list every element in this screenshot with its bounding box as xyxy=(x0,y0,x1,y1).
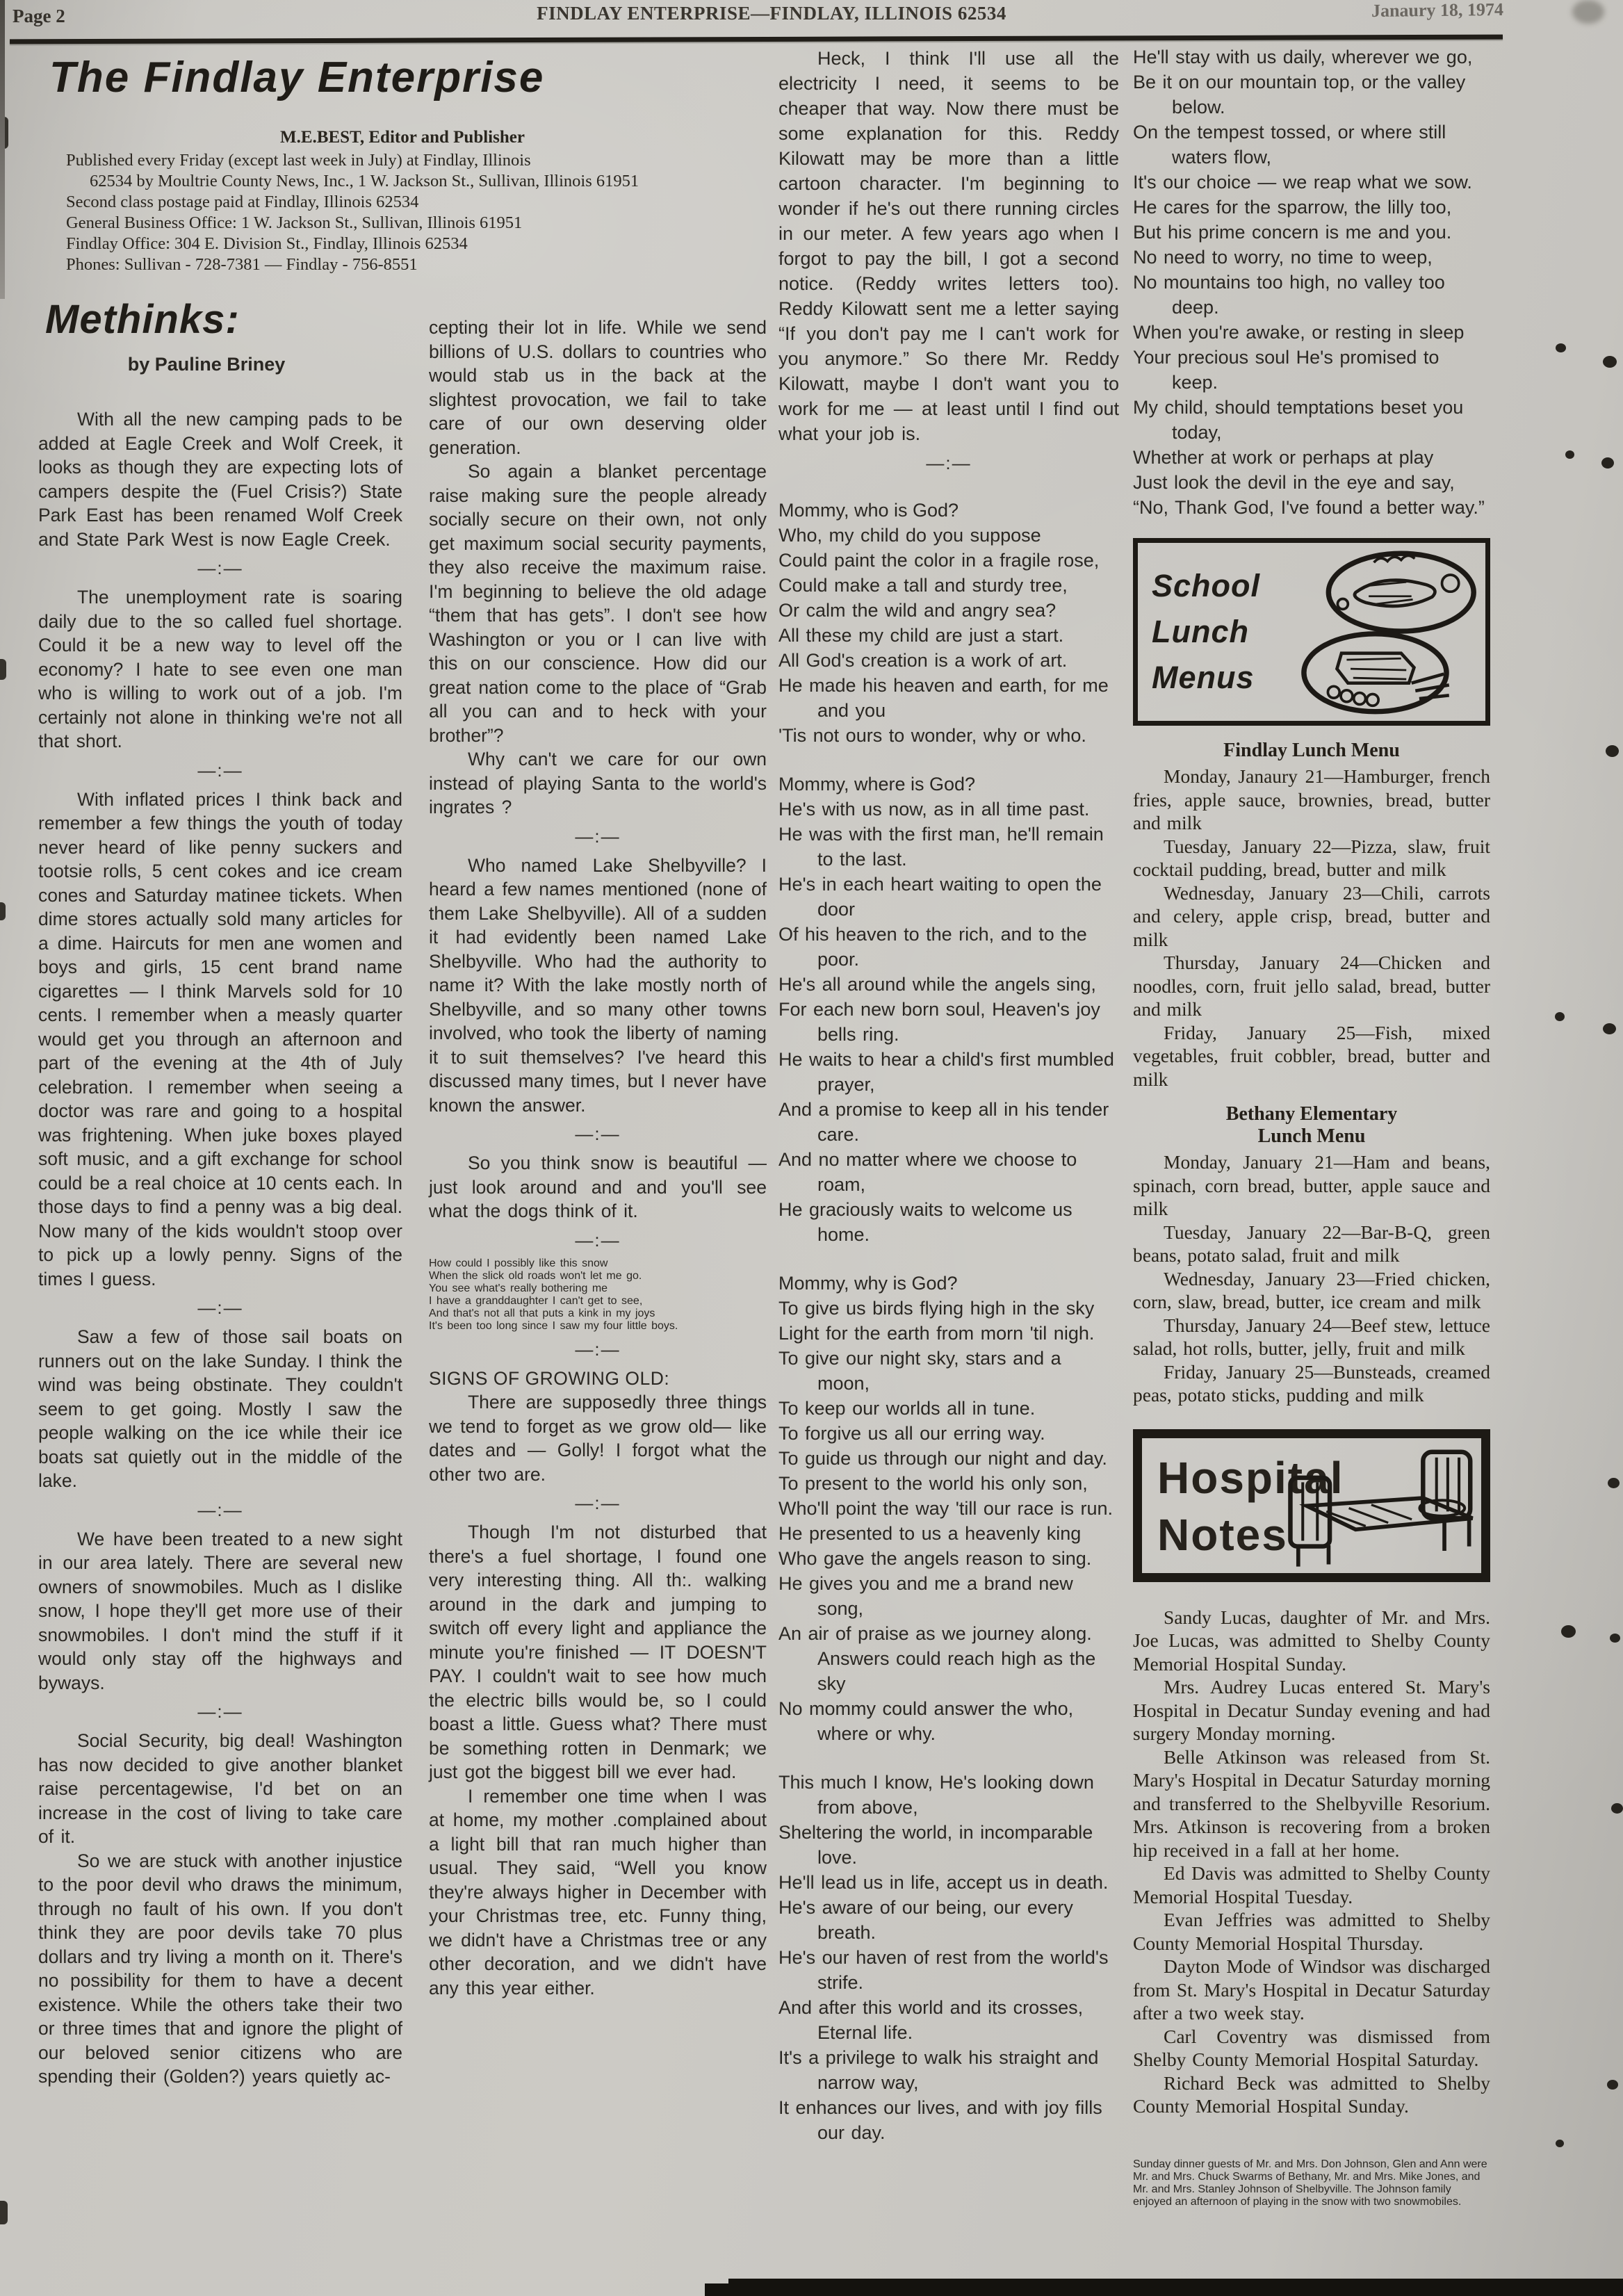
section-separator: —:— xyxy=(429,1339,767,1360)
header-rule xyxy=(10,35,1503,44)
social-news-paragraph: Sunday dinner guests of Mr. and Mrs. Don… xyxy=(1133,2158,1490,2208)
poem-line: An air of praise as we journey along. An… xyxy=(778,1621,1119,1696)
poem-line: You see what's really bothering me xyxy=(429,1283,767,1295)
poem-line: And a promise to keep all in his tender … xyxy=(778,1097,1119,1147)
menu-item: Thursday, January 24—Chicken and noodles… xyxy=(1133,951,1490,1021)
poem-stanza-lines: This much I know, He's looking down from… xyxy=(778,1770,1119,2145)
poem-line: To give us birds flying high in the sky xyxy=(778,1296,1119,1321)
section-separator: —:— xyxy=(38,1499,402,1521)
hospital-notes-box: HospitalNotes xyxy=(1133,1429,1490,1582)
poem-line: Light for the earth from morn 'til nigh. xyxy=(778,1321,1119,1346)
article-paragraph: I remember one time when I was at home, … xyxy=(429,1784,767,2001)
poem-stanza: Mommy, why is God? To give us birds flyi… xyxy=(778,1271,1119,1746)
poem-line: Could make a tall and sturdy tree, xyxy=(778,573,1119,598)
menu-item: Friday, January 25—Bunsteads, creamed pe… xyxy=(1133,1360,1490,1407)
school-lunch-menus-title-line: School xyxy=(1152,563,1278,609)
school-lunch-menus-title-line: Menus xyxy=(1152,655,1278,701)
masthead-title: The Findlay Enterprise xyxy=(49,53,767,102)
section-separator: —:— xyxy=(429,1123,767,1145)
hospital-note: Mrs. Audrey Lucas entered St. Mary's Hos… xyxy=(1133,1675,1490,1745)
poem-line: This much I know, He's looking down from… xyxy=(778,1770,1119,1820)
ink-mark xyxy=(1556,2140,1564,2147)
poem-line: Who gave the angels reason to sing. xyxy=(778,1546,1119,1571)
article-paragraph: So you think snow is beautiful — just lo… xyxy=(429,1151,767,1223)
publisher-lines: Published every Friday (except last week… xyxy=(38,150,767,275)
hospital-note: Evan Jeffries was admitted to Shelby Cou… xyxy=(1133,1908,1490,1955)
article-paragraph: The unemployment rate is soaring daily d… xyxy=(38,585,402,754)
school-lunch-menus-box: SchoolLunchMenus xyxy=(1133,538,1490,726)
findlay-lunch-menu-heading: Findlay Lunch Menu xyxy=(1133,740,1490,762)
section-separator: —:— xyxy=(429,1230,767,1251)
article-paragraph: With all the new camping pads to be adde… xyxy=(38,407,402,551)
issue-date: Janaury 18, 1974 xyxy=(1371,0,1503,22)
poem-line: He'll lead us in life, accept us in deat… xyxy=(778,1870,1119,1895)
ink-mark xyxy=(1610,1634,1620,1643)
hospital-bed-icon xyxy=(1274,1445,1480,1574)
article-paragraph: cepting their lot in life. While we send… xyxy=(429,316,767,459)
poem-line: 'Tis not ours to wonder, why or who. xyxy=(778,723,1119,748)
hospital-notes-list: Sandy Lucas, daughter of Mr. and Mrs. Jo… xyxy=(1133,1606,1490,2118)
ink-mark xyxy=(0,659,6,680)
newspaper-page: Page 2 FINDLAY ENTERPRISE—FINDLAY, ILLIN… xyxy=(0,0,1623,2296)
hospital-note: Dayton Mode of Windsor was discharged fr… xyxy=(1133,1955,1490,2025)
menu-item: Wednesday, January 23—Fried chicken, cor… xyxy=(1133,1267,1490,1314)
ink-mark xyxy=(1565,450,1574,459)
lunch-plates-icon xyxy=(1278,546,1481,718)
publisher-line: Second class postage paid at Findlay, Il… xyxy=(66,192,767,213)
article-paragraph: There are supposedly three things we ten… xyxy=(429,1390,767,1486)
page-number: Page 2 xyxy=(13,6,65,27)
article-paragraph: Heck, I think I'll use all the electrici… xyxy=(778,46,1119,446)
article-paragraph: Though I'm not disturbed that there's a … xyxy=(429,1520,767,1784)
school-lunch-menus-title: SchoolLunchMenus xyxy=(1152,563,1278,701)
poem-line: He's with us now, as in all time past. xyxy=(778,797,1119,822)
article-paragraph: Social Security, big deal! Washington ha… xyxy=(38,1729,402,1849)
poem-line: He's our haven of rest from the world's … xyxy=(778,1945,1119,1995)
snow-poem: How could I possibly like this snowWhen … xyxy=(429,1257,767,1333)
poem-continuation: He'll stay with us daily, wherever we go… xyxy=(1133,44,1490,520)
poem-line: He's in each heart waiting to open the d… xyxy=(778,872,1119,922)
publisher-line: General Business Office: 1 W. Jackson St… xyxy=(66,213,767,234)
hospital-note: Sandy Lucas, daughter of Mr. and Mrs. Jo… xyxy=(1133,1606,1490,1676)
poem-line: No need to worry, no time to weep, xyxy=(1133,245,1490,270)
poem-line: Your precious soul He's promised to keep… xyxy=(1133,345,1490,395)
poem-line: All God's creation is a work of art. xyxy=(778,648,1119,673)
poem-line: Be it on our mountain top, or the valley… xyxy=(1133,70,1490,120)
poem-line: Sheltering the world, in incomparable lo… xyxy=(778,1820,1119,1870)
poem-line: It enhances our lives, and with joy fill… xyxy=(778,2095,1119,2145)
hospital-note: Belle Atkinson was released from St. Mar… xyxy=(1133,1745,1490,1862)
newspaper-name-header: FINDLAY ENTERPRISE—FINDLAY, ILLINOIS 625… xyxy=(389,3,1154,24)
poem-line: I have a granddaughter I can't get to se… xyxy=(429,1295,767,1308)
poem-line: To keep our worlds all in tune. xyxy=(778,1396,1119,1421)
ink-mark xyxy=(0,2201,8,2224)
poem-stanza: This much I know, He's looking down from… xyxy=(778,1770,1119,2145)
section-separator: —:— xyxy=(778,453,1119,474)
article-paragraph: So again a blanket percentage raise maki… xyxy=(429,459,767,747)
poem-stanza-lines: He's with us now, as in all time past.He… xyxy=(778,797,1119,1247)
column-two: cepting their lot in life. While we send… xyxy=(429,296,767,2089)
ink-smudge xyxy=(1572,0,1604,24)
section-separator: —:— xyxy=(38,1701,402,1723)
column-three: Heck, I think I'll use all the electrici… xyxy=(778,46,1119,2145)
poem-line: But his prime concern is me and you. xyxy=(1133,220,1490,245)
lunch-plates-illustration xyxy=(1278,547,1481,717)
ink-mark xyxy=(1607,2080,1618,2090)
scan-artifact-bar xyxy=(728,2279,1623,2296)
poem-line: When you're awake, or resting in sleep xyxy=(1133,320,1490,345)
hospital-bed-illustration xyxy=(1274,1445,1480,1574)
bethany-lunch-menu-list: Monday, January 21—Ham and beans, spinac… xyxy=(1133,1150,1490,1407)
ink-mark xyxy=(0,902,6,920)
menu-item: Friday, January 25—Fish, mixed vegetable… xyxy=(1133,1021,1490,1091)
scan-edge-streak xyxy=(0,0,5,299)
editor-line: M.E.BEST, Editor and Publisher xyxy=(38,127,767,148)
poem-line: He made his heaven and earth, for me and… xyxy=(778,673,1119,723)
poem-line: No mommy could answer the who, where or … xyxy=(778,1696,1119,1746)
poem-stanza: Mommy, who is God? Who, my child do you … xyxy=(778,498,1119,748)
poem-line: How could I possibly like this snow xyxy=(429,1257,767,1270)
ink-mark xyxy=(1555,1012,1565,1021)
poem-stanza-lines: Who, my child do you supposeCould paint … xyxy=(778,523,1119,748)
poem-line: Just look the devil in the eye and say, xyxy=(1133,470,1490,495)
article-paragraph: Saw a few of those sail boats on runners… xyxy=(38,1325,402,1493)
column-methinks: Methinks: by Pauline Briney With all the… xyxy=(38,296,402,2089)
poem-line: He gives you and me a brand new song, xyxy=(778,1571,1119,1621)
poem-line: To forgive us all our erring way. xyxy=(778,1421,1119,1446)
article-paragraph: So we are stuck with another injustice t… xyxy=(38,1849,402,2089)
bethany-heading-line2: Lunch Menu xyxy=(1133,1125,1490,1148)
section-separator: —:— xyxy=(38,1297,402,1319)
poem-line: And that's not all that puts a kink in m… xyxy=(429,1308,767,1320)
poem-stanza: Mommy, where is God? He's with us now, a… xyxy=(778,772,1119,1247)
poem-stanza-lines: To give us birds flying high in the skyL… xyxy=(778,1296,1119,1746)
poem-line: Whether at work or perhaps at play xyxy=(1133,445,1490,470)
ink-mark xyxy=(1603,356,1617,368)
poem-line: He cares for the sparrow, the lilly too, xyxy=(1133,195,1490,220)
poem-line: He presented to us a heavenly king xyxy=(778,1521,1119,1546)
menu-item: Tuesday, January 22—Pizza, slaw, fruit c… xyxy=(1133,835,1490,881)
column-four: He'll stay with us daily, wherever we go… xyxy=(1133,44,1490,2220)
methinks-column-title: Methinks: xyxy=(45,296,402,343)
publisher-block: M.E.BEST, Editor and Publisher Published… xyxy=(38,127,767,275)
poem-line: It's a privilege to walk his straight an… xyxy=(778,2045,1119,2095)
poem-stanza-title: Mommy, why is God? xyxy=(778,1271,1119,1296)
poem-line: To guide us through our night and day. xyxy=(778,1446,1119,1471)
article-paragraph: With inflated prices I think back and re… xyxy=(38,788,402,1292)
poem-line: To present to the world his only son, xyxy=(778,1471,1119,1496)
publisher-line: 62534 by Moultrie County News, Inc., 1 W… xyxy=(66,171,767,192)
poem-line: “No, Thank God, I've found a better way.… xyxy=(1133,495,1490,520)
poem-line: It's been too long since I saw my four l… xyxy=(429,1320,767,1333)
poem-line: It's our choice — we reap what we sow. xyxy=(1133,170,1490,195)
ink-mark xyxy=(1606,745,1619,757)
school-lunch-menus-title-line: Lunch xyxy=(1152,609,1278,655)
article-paragraph: We have been treated to a new sight in o… xyxy=(38,1527,402,1695)
hospital-note: Richard Beck was admitted to Shelby Coun… xyxy=(1133,2071,1490,2118)
ink-mark xyxy=(1611,1803,1623,1814)
article-paragraph: Why can't we care for our own instead of… xyxy=(429,747,767,820)
poem-line: He was with the first man, he'll remain … xyxy=(778,822,1119,872)
poem-line: Could paint the color in a fragile rose, xyxy=(778,548,1119,573)
ink-mark xyxy=(1603,1023,1616,1034)
poem-line: Who'll point the way 'till our race is r… xyxy=(778,1496,1119,1521)
section-separator: —:— xyxy=(429,826,767,847)
poem-line: All these my child are just a start. xyxy=(778,623,1119,648)
poem-line: To give our night sky, stars and a moon, xyxy=(778,1346,1119,1396)
article-paragraph: Who named Lake Shelbyville? I heard a fe… xyxy=(429,854,767,1118)
poem-line: Of his heaven to the rich, and to the po… xyxy=(778,922,1119,972)
publisher-line: Findlay Office: 304 E. Division St., Fin… xyxy=(66,234,767,254)
poem-line: He waits to hear a child's first mumbled… xyxy=(778,1047,1119,1097)
left-section: The Findlay Enterprise M.E.BEST, Editor … xyxy=(38,46,767,2089)
poem-line: No mountains too high, no valley too dee… xyxy=(1133,270,1490,320)
poem-line: And after this world and its crosses, Et… xyxy=(778,1995,1119,2045)
section-separator: —:— xyxy=(38,760,402,781)
hospital-note: Ed Davis was admitted to Shelby County M… xyxy=(1133,1862,1490,1908)
menu-item: Monday, Janaury 21—Hamburger, french fri… xyxy=(1133,765,1490,835)
findlay-lunch-menu-list: Monday, Janaury 21—Hamburger, french fri… xyxy=(1133,765,1490,1091)
section-separator: —:— xyxy=(429,1492,767,1514)
byline: by Pauline Briney xyxy=(38,354,375,375)
ink-mark xyxy=(1556,343,1566,352)
ink-mark xyxy=(1608,1478,1620,1488)
poem-line: And no matter where we choose to roam, xyxy=(778,1147,1119,1197)
hospital-note: Carl Coventry was dismissed from Shelby … xyxy=(1133,2025,1490,2071)
poem-line: He graciously waits to welcome us home. xyxy=(778,1197,1119,1247)
poem-line: He's aware of our being, our every breat… xyxy=(778,1895,1119,1945)
menu-item: Tuesday, January 22—Bar-B-Q, green beans… xyxy=(1133,1221,1490,1267)
ink-mark xyxy=(1561,1625,1576,1638)
publisher-line: Published every Friday (except last week… xyxy=(66,150,767,171)
ink-mark xyxy=(1601,457,1614,469)
poem-line: Or calm the wild and angry sea? xyxy=(778,598,1119,623)
menu-item: Wednesday, January 23—Chili, carrots and… xyxy=(1133,881,1490,952)
poem-line: He's all around while the angels sing, xyxy=(778,972,1119,997)
poem-line: For each new born soul, Heaven's joy bel… xyxy=(778,997,1119,1047)
poem-line: When the slick old roads won't let me go… xyxy=(429,1270,767,1283)
poem-line: He'll stay with us daily, wherever we go… xyxy=(1133,44,1490,70)
menu-item: Monday, January 21—Ham and beans, spinac… xyxy=(1133,1150,1490,1221)
sub-heading: SIGNS OF GROWING OLD: xyxy=(429,1367,767,1391)
poem-stanza-title: Mommy, where is God? xyxy=(778,772,1119,797)
poem-line: My child, should temptations beset you t… xyxy=(1133,395,1490,445)
poem-stanza-title: Mommy, who is God? xyxy=(778,498,1119,523)
poem-line: Who, my child do you suppose xyxy=(778,523,1119,548)
bethany-heading-line1: Bethany Elementary xyxy=(1133,1103,1490,1125)
menu-item: Thursday, January 24—Beef stew, lettuce … xyxy=(1133,1314,1490,1360)
section-separator: —:— xyxy=(38,557,402,579)
poem-line: On the tempest tossed, or where still wa… xyxy=(1133,120,1490,170)
publisher-line: Phones: Sullivan - 728-7381 — Findlay - … xyxy=(66,254,767,275)
